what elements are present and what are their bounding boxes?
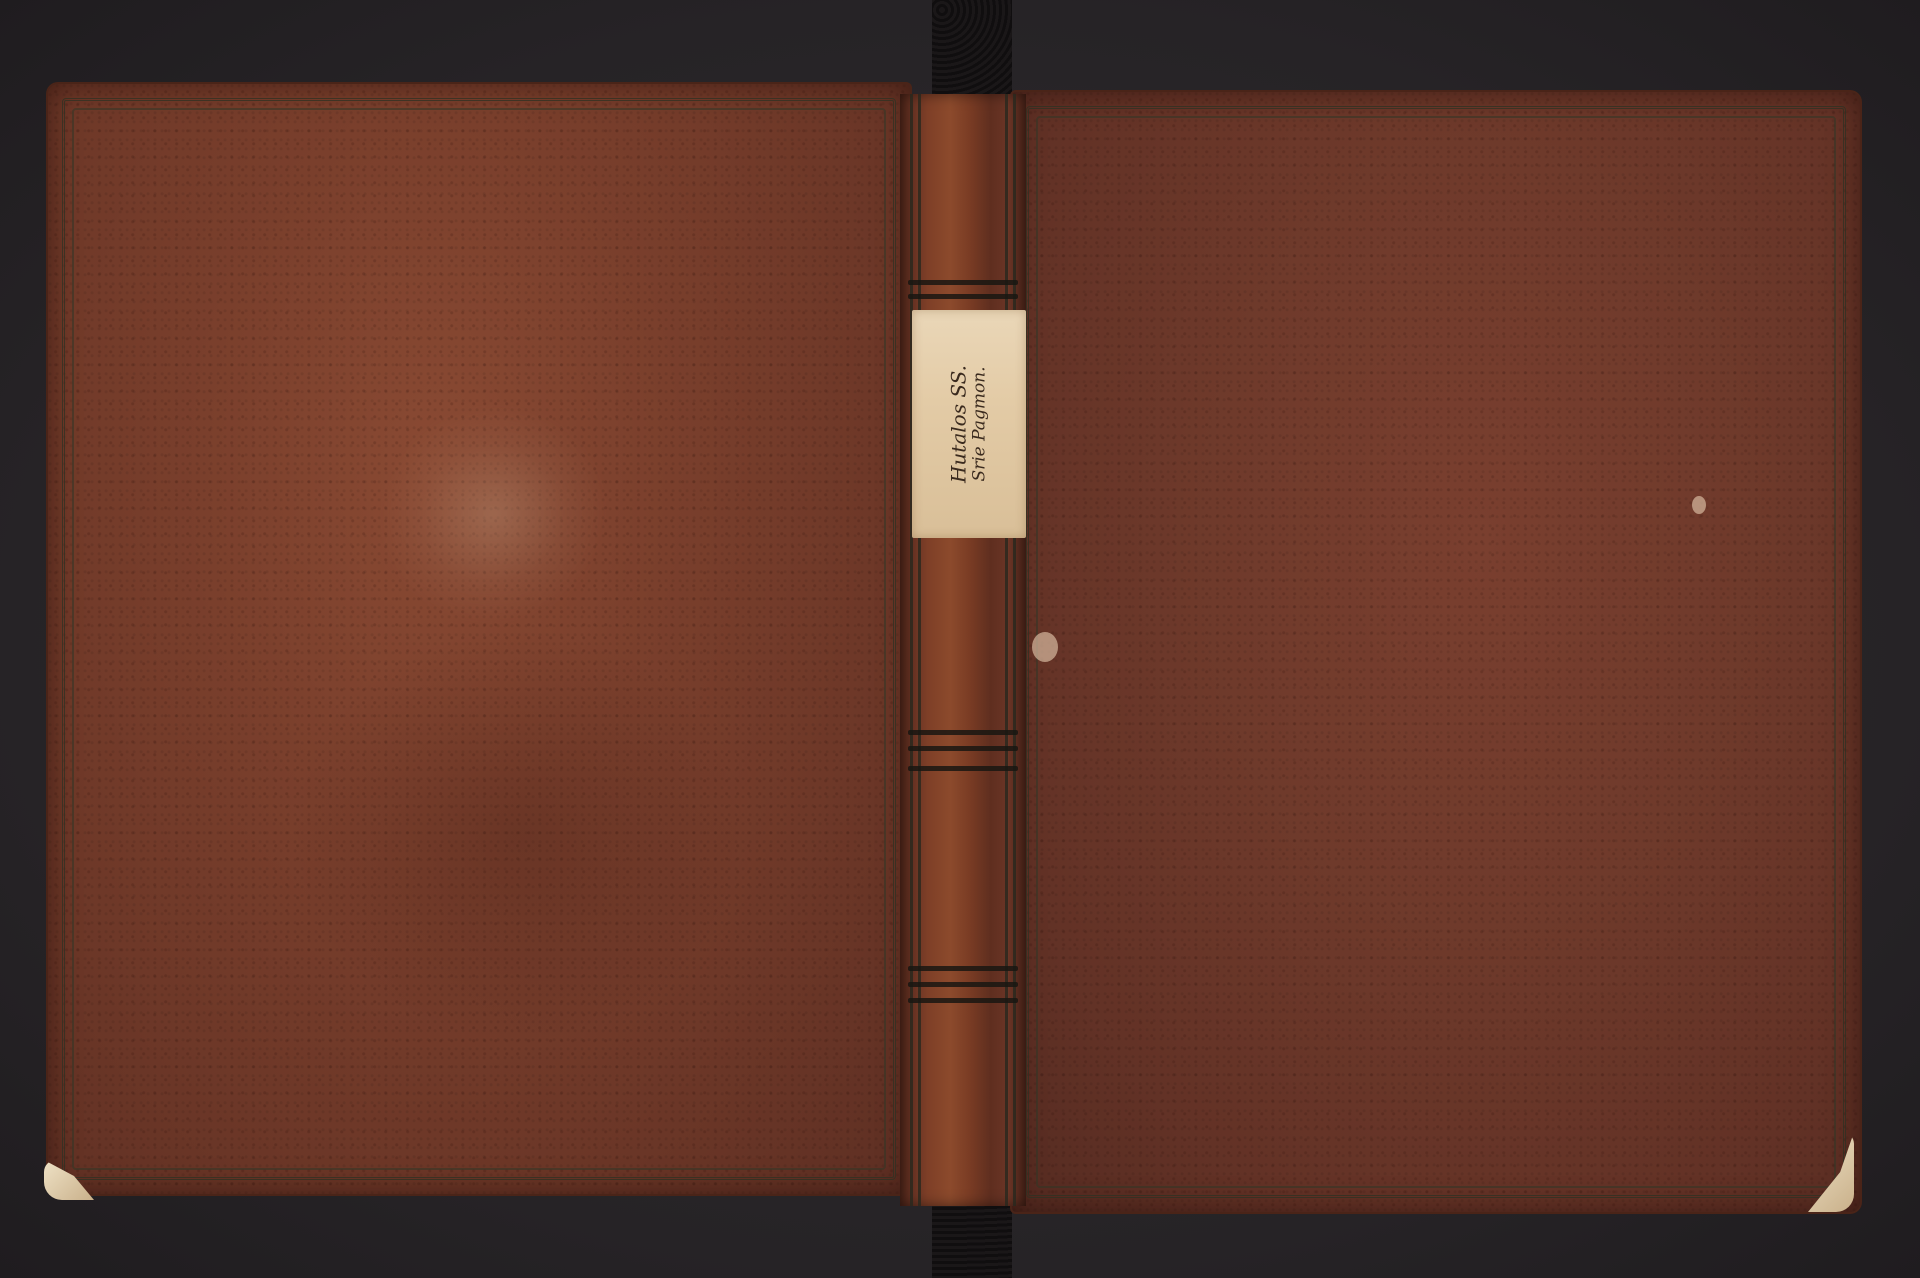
spine-fillet: [910, 94, 913, 1206]
raised-band: [908, 280, 1018, 285]
front-cover: [1012, 92, 1860, 1212]
raised-band: [908, 766, 1018, 771]
wear-spot: [1692, 496, 1706, 514]
spine-fillet: [1005, 94, 1008, 1206]
raised-band: [908, 294, 1018, 299]
wear-spot: [1032, 632, 1058, 662]
spine-fillet: [1013, 94, 1016, 1206]
inner-fillet-border: [1036, 116, 1836, 1188]
blind-fillet-border: [1026, 106, 1846, 1198]
label-line-1: Hutalos SS.: [947, 365, 971, 483]
spine-paper-label: Hutalos SS. Srie Pagmon.: [912, 310, 1026, 538]
raised-band: [908, 746, 1018, 751]
raised-band: [908, 998, 1018, 1003]
label-line-2: Srie Pagmon.: [971, 365, 991, 483]
raised-band: [908, 982, 1018, 987]
raised-band: [908, 730, 1018, 735]
book-spine: [900, 94, 1026, 1206]
spine-fillet: [918, 94, 921, 1206]
stain-shadow: [288, 624, 748, 1044]
back-cover: [48, 84, 910, 1194]
handwritten-title: Hutalos SS. Srie Pagmon.: [948, 365, 991, 483]
raised-band: [908, 966, 1018, 971]
worn-patch: [347, 371, 638, 656]
